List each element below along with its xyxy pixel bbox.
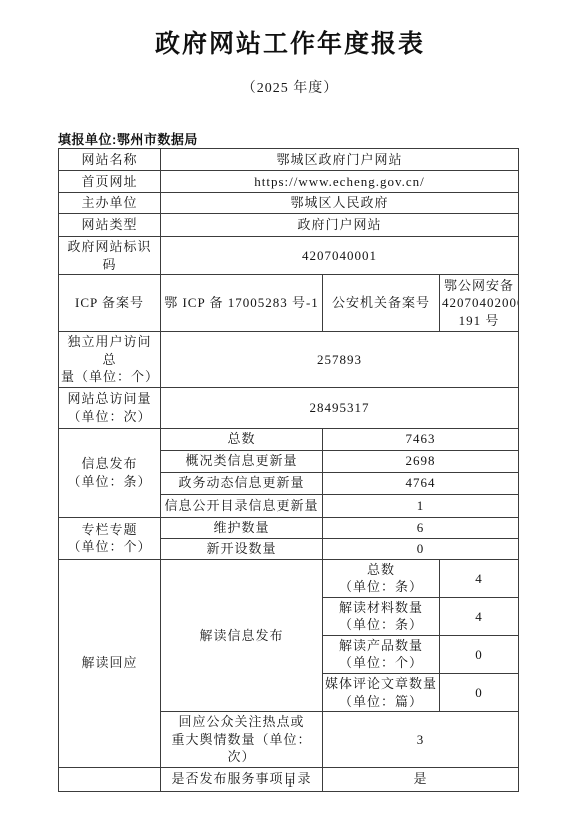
interpretation-material-value: 4 [440, 597, 519, 635]
table-row: 专栏专题 （单位：个） 维护数量 6 [59, 517, 519, 538]
unique-visitors-label: 独立用户访问总 量（单位：个） [59, 332, 161, 388]
interpretation-product-value: 0 [440, 635, 519, 673]
open-catalog-update-label: 信息公开目录信息更新量 [161, 494, 323, 517]
police-filing-value: 鄂公网安备 42070402000 191 号 [440, 275, 519, 332]
table-row: 独立用户访问总 量（单位：个） 257893 [59, 332, 519, 388]
open-catalog-update-value: 1 [323, 494, 519, 517]
homepage-url-label: 首页网址 [59, 171, 161, 193]
interpretation-group-label: 解读回应 [59, 559, 161, 767]
organizer-label: 主办单位 [59, 193, 161, 214]
table-row: 网站类型 政府门户网站 [59, 214, 519, 237]
icp-label: ICP 备案号 [59, 275, 161, 332]
interpretation-publish-label: 解读信息发布 [161, 559, 323, 711]
page-number: 1 [0, 775, 580, 791]
unique-visitors-value: 257893 [161, 332, 519, 388]
table-row: 信息发布 （单位：条） 总数 7463 [59, 428, 519, 450]
table-row: 网站名称 鄂城区政府门户网站 [59, 149, 519, 171]
overview-update-value: 2698 [323, 450, 519, 472]
gov-news-update-label: 政务动态信息更新量 [161, 472, 323, 494]
interpretation-total-value: 4 [440, 559, 519, 597]
newly-opened-count-label: 新开设数量 [161, 538, 323, 559]
info-publish-total-label: 总数 [161, 428, 323, 450]
maintained-count-value: 6 [323, 517, 519, 538]
table-row: 政府网站标识码 4207040001 [59, 237, 519, 275]
table-row: 首页网址 https://www.echeng.gov.cn/ [59, 171, 519, 193]
table-row: 主办单位 鄂城区人民政府 [59, 193, 519, 214]
organizer-value: 鄂城区人民政府 [161, 193, 519, 214]
icp-value: 鄂 ICP 备 17005283 号-1 [161, 275, 323, 332]
total-visits-label: 网站总访问量 （单位：次） [59, 387, 161, 428]
interpretation-material-label: 解读材料数量 （单位：条） [323, 597, 440, 635]
table-row: 解读回应 解读信息发布 总数 （单位：条） 4 [59, 559, 519, 597]
page-title: 政府网站工作年度报表 [0, 24, 580, 60]
site-name-label: 网站名称 [59, 149, 161, 171]
info-publish-total-value: 7463 [323, 428, 519, 450]
report-year-subtitle: （2025 年度） [0, 77, 580, 97]
hotspot-response-value: 3 [323, 712, 519, 768]
site-name-value: 鄂城区政府门户网站 [161, 149, 519, 171]
site-type-label: 网站类型 [59, 214, 161, 237]
site-id-code-label: 政府网站标识码 [59, 237, 161, 275]
police-filing-label: 公安机关备案号 [323, 275, 440, 332]
newly-opened-count-value: 0 [323, 538, 519, 559]
info-publish-group-label: 信息发布 （单位：条） [59, 428, 161, 517]
interpretation-total-label: 总数 （单位：条） [323, 559, 440, 597]
site-type-value: 政府门户网站 [161, 214, 519, 237]
report-page: 政府网站工作年度报表 （2025 年度） 填报单位:鄂州市数据局 网站名称 鄂城… [0, 0, 580, 815]
gov-news-update-value: 4764 [323, 472, 519, 494]
hotspot-response-label: 回应公众关注热点或 重大舆情数量（单位： 次） [161, 712, 323, 768]
media-commentary-value: 0 [440, 674, 519, 712]
total-visits-value: 28495317 [161, 387, 519, 428]
homepage-url-value: https://www.echeng.gov.cn/ [161, 171, 519, 193]
reporting-unit-line: 填报单位:鄂州市数据局 [58, 129, 198, 148]
media-commentary-label: 媒体评论文章数量 （单位：篇） [323, 674, 440, 712]
site-id-code-value: 4207040001 [161, 237, 519, 275]
overview-update-label: 概况类信息更新量 [161, 450, 323, 472]
interpretation-product-label: 解读产品数量 （单位：个） [323, 635, 440, 673]
table-row: ICP 备案号 鄂 ICP 备 17005283 号-1 公安机关备案号 鄂公网… [59, 275, 519, 332]
annual-report-table: 网站名称 鄂城区政府门户网站 首页网址 https://www.echeng.g… [58, 148, 519, 792]
maintained-count-label: 维护数量 [161, 517, 323, 538]
special-topics-group-label: 专栏专题 （单位：个） [59, 517, 161, 559]
table-row: 网站总访问量 （单位：次） 28495317 [59, 387, 519, 428]
